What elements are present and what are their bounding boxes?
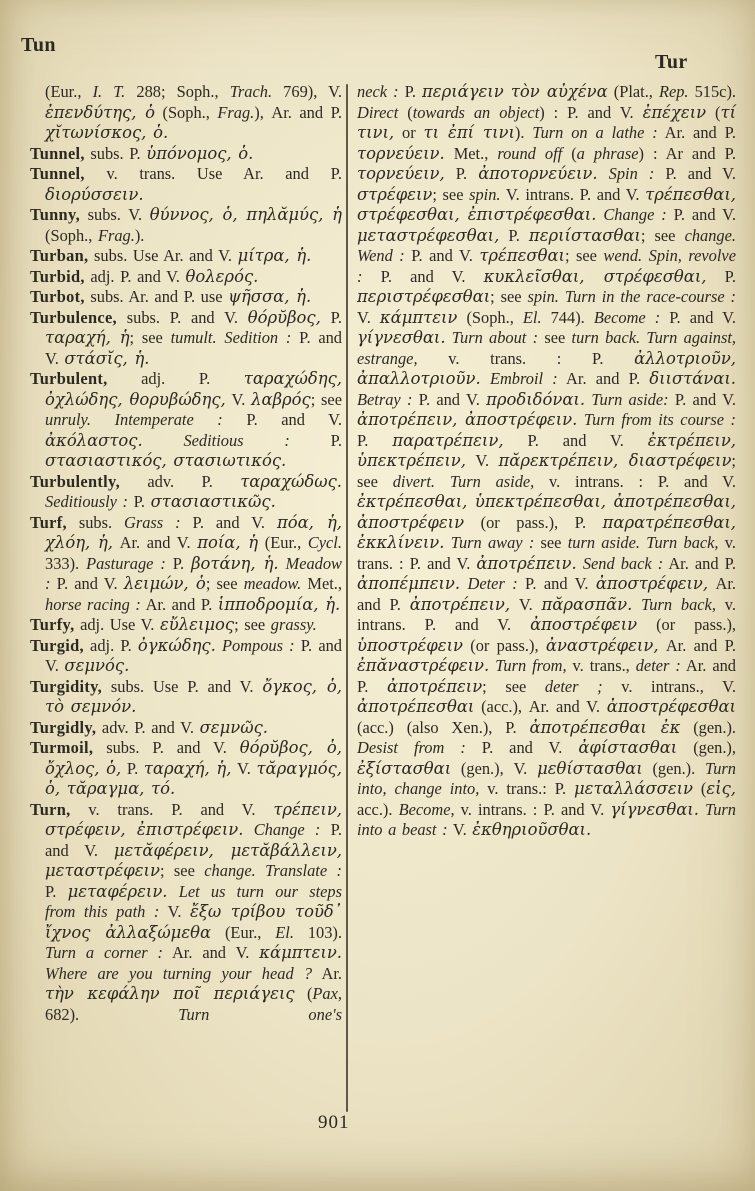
dictionary-entry: Turn, v. trans. P. and V. τρέπειν, στρέφ… <box>30 800 342 1026</box>
page-number: 901 <box>318 1112 350 1134</box>
right-column: neck : P. περιάγειν τὸν αὐχένα (Plat., R… <box>357 82 736 841</box>
dictionary-entry: Turbot, subs. Ar. and P. use ψῆσσα, ἡ. <box>30 287 342 308</box>
dictionary-entry: Turgidity, subs. Use P. and V. ὄγκος, ὁ,… <box>30 677 342 718</box>
dictionary-entry: Turgidly, adv. P. and V. σεμνῶς. <box>30 718 342 739</box>
dictionary-entry: (Eur., I. T. 288; Soph., Trach. 769), V.… <box>30 82 342 144</box>
dictionary-entry: Tunnel, subs. P. ὑπόνομος, ὁ. <box>30 144 342 165</box>
dictionary-entry: Turfy, adj. Use V. εὔλειμος; see grassy. <box>30 615 342 636</box>
dictionary-page: Tun Tur (Eur., I. T. 288; Soph., Trach. … <box>0 0 755 1191</box>
dictionary-entry: Turbulence, subs. P. and V. θόρῠβος, P. … <box>30 308 342 370</box>
left-column: (Eur., I. T. 288; Soph., Trach. 769), V.… <box>30 82 342 1025</box>
dictionary-entry: Turbid, adj. P. and V. θολερός. <box>30 267 342 288</box>
dictionary-entry: Tunny, subs. V. θύννος, ὁ, πηλᾰμύς, ἡ (S… <box>30 205 342 246</box>
column-divider <box>346 84 348 1112</box>
dictionary-entry: Tunnel, v. trans. Use Ar. and P. διορύσσ… <box>30 164 342 205</box>
dictionary-entry: neck : P. περιάγειν τὸν αὐχένα (Plat., R… <box>357 82 736 841</box>
dictionary-entry: Turmoil, subs. P. and V. θόρῠβος, ὁ, ὄχλ… <box>30 738 342 800</box>
dictionary-entry: Turbulently, adv. P. ταραχώδως. Seditiou… <box>30 472 342 513</box>
running-head-left: Tun <box>21 34 56 57</box>
dictionary-entry: Turf, subs. Grass : P. and V. πόα, ἡ, χλ… <box>30 513 342 616</box>
dictionary-entry: Turban, subs. Use Ar. and V. μίτρα, ἡ. <box>30 246 342 267</box>
running-head-right: Tur <box>655 51 688 74</box>
dictionary-entry: Turgid, adj. P. ὀγκώδης. Pompous : P. an… <box>30 636 342 677</box>
dictionary-entry: Turbulent, adj. P. ταραχώδης, ὀχλώδης, θ… <box>30 369 342 472</box>
